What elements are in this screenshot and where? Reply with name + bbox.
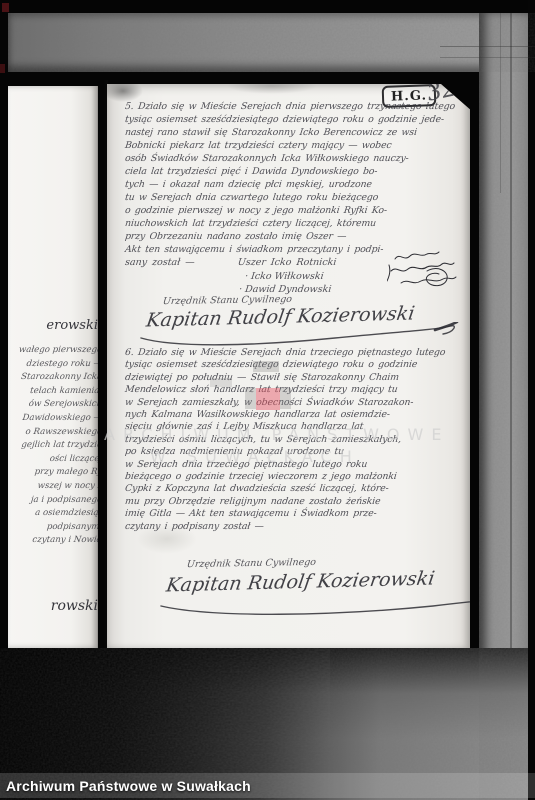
book-gutter-shadow xyxy=(97,80,108,650)
marginal-scribble-signature xyxy=(387,249,467,301)
handwriting-line: bieżącego o godzinie trzeciej wieczorem … xyxy=(124,471,466,483)
facing-page-signature-fragment: erowski xyxy=(8,318,98,333)
handwriting-line: nastej rano stawił się Starozakonny Icko… xyxy=(124,126,466,139)
handwriting-fragment: dziestego roku — xyxy=(8,358,98,372)
handwriting-line: trzydzieści ośmiu liczących, tu w Sereja… xyxy=(124,434,466,446)
board-scratch-line xyxy=(440,57,535,58)
handwriting-line: niuchowskich lat trzydzieści cztery licz… xyxy=(124,217,466,230)
handwriting-fragment: podpisanymi xyxy=(8,521,98,535)
handwriting-fragment: ja i podpisanego xyxy=(8,494,98,508)
board-scratch-line xyxy=(500,13,501,193)
handwriting-fragment: telach kamienia, xyxy=(8,385,98,399)
scanner-board-top xyxy=(8,13,535,72)
handwriting-fragment: czytany i Nowid xyxy=(8,534,98,548)
handwriting-line: osób Świadków Starozakonnych Icka Wiłkow… xyxy=(124,152,466,165)
witness-signature-2: · Icko Wiłkowski xyxy=(244,271,324,282)
handwriting-line: tysiąc osiemset sześćdziesiątego dziewią… xyxy=(124,359,466,371)
handwriting-line: tysiąc osiemset sześćdziesiątego dziewią… xyxy=(124,113,466,126)
handwriting-line: imię Gitla — Akt ten stawającemu i Świad… xyxy=(124,508,466,520)
closing-words: sany został — xyxy=(124,257,195,268)
archive-caption-text: Archiwum Państwowe w Suwałkach xyxy=(0,778,251,794)
film-artifact-mark xyxy=(2,3,9,12)
handwriting-line: tu w Serejach dnia czwartego lutego roku… xyxy=(124,191,466,204)
entry-6-paragraph: 6. Działo się w Mieście Serejach dnia tr… xyxy=(125,347,465,533)
film-artifact-mark xyxy=(0,64,5,73)
registrar-signature-entry-5: Kapitan Rudolf Kozierowski xyxy=(145,303,416,332)
entry-5-closing-and-witness: sany został — Uszer Icko Rotnicki xyxy=(124,257,337,268)
handwriting-line: sięciu głównie zaś i Lejby Miszkuca hand… xyxy=(124,421,466,433)
handwriting-line: Mendelowicz słoń handlarz lat trzydzieśc… xyxy=(124,384,466,396)
handwriting-line: tych — i okazał nam dziecię płci męskiej… xyxy=(124,178,466,191)
scan-edge-right xyxy=(528,0,535,800)
handwriting-line: 5. Działo się w Mieście Serejach dnia pi… xyxy=(124,100,466,113)
handwriting-fragment: Dawidowskiego — xyxy=(8,412,98,426)
handwriting-line: w Serejach dnia trzeciego piętnastego lu… xyxy=(124,459,466,471)
handwriting-fragment: przy małego Ry xyxy=(8,466,98,480)
handwriting-fragment: ów Serejowskich xyxy=(8,398,98,412)
witness-signature-1: Uszer Icko Rotnicki xyxy=(237,257,337,268)
handwriting-fragment: wszej w nocy z xyxy=(8,480,98,494)
handwriting-line: przy Obrzezaniu nadano zostało imię Osze… xyxy=(124,230,466,243)
handwriting-line: mu przy Obrzędzie religijnym nadane zost… xyxy=(124,496,466,508)
handwriting-line: Bobnicki piekarz lat trzydzieści cztery … xyxy=(124,139,466,152)
handwriting-fragment: ości liczącej xyxy=(8,453,98,467)
record-page: H.G. 32 5. Działo się w Mieście Serejach… xyxy=(107,84,470,648)
official-title-entry-5: Urzędnik Stanu Cywilnego xyxy=(162,294,292,307)
facing-page-signature-fragment: rowski xyxy=(8,598,98,614)
facing-page-text: wałego pierwszegodziestego roku —Staroza… xyxy=(8,344,98,548)
handwriting-line: nych Kalmana Wasilkowskiego handlarza la… xyxy=(124,409,466,421)
handwriting-line: dziewiątej po południu — Stawił się Star… xyxy=(124,372,466,384)
handwriting-line: Cypki z Kopczyna lat dwadzieścia sześć l… xyxy=(124,483,466,495)
handwriting-fragment: Starozakonny Icka xyxy=(8,371,98,385)
official-title-entry-6: Urzędnik Stanu Cywilnego xyxy=(186,557,316,570)
handwriting-fragment: gejlich lat trzydzie xyxy=(8,439,98,453)
handwriting-line: o godzinie pierwszej w nocy z jego małżo… xyxy=(124,204,466,217)
handwriting-fragment: wałego pierwszego xyxy=(8,344,98,358)
handwriting-line: 6. Działo się w Mieście Serejach dnia tr… xyxy=(124,347,466,359)
paper-stain xyxy=(227,84,317,94)
entry-5-paragraph: 5. Działo się w Mieście Serejach dnia pi… xyxy=(125,100,465,256)
handwriting-line: po księdza nadmienieniu pokazał urodzone… xyxy=(124,446,466,458)
handwriting-line: w Serejach zamieszkały, w obecności Świa… xyxy=(124,397,466,409)
handwriting-fragment: o Rawszewskiego xyxy=(8,426,98,440)
board-scratch-line xyxy=(440,46,535,47)
facing-page-edge: erowski wałego pierwszegodziestego roku … xyxy=(8,86,98,648)
archive-caption-bar: Archiwum Państwowe w Suwałkach xyxy=(0,773,535,798)
handwriting-fragment: a osiemdziesiąt xyxy=(8,507,98,521)
handwriting-line: czytany i podpisany został — xyxy=(124,521,466,533)
handwriting-line: ciela lat trzydzieści pięć i Dawida Dynd… xyxy=(124,165,466,178)
archival-scan-viewer: erowski wałego pierwszegodziestego roku … xyxy=(0,0,535,800)
registrar-signature-entry-6: Kapitan Rudolf Kozierowski xyxy=(165,568,436,597)
